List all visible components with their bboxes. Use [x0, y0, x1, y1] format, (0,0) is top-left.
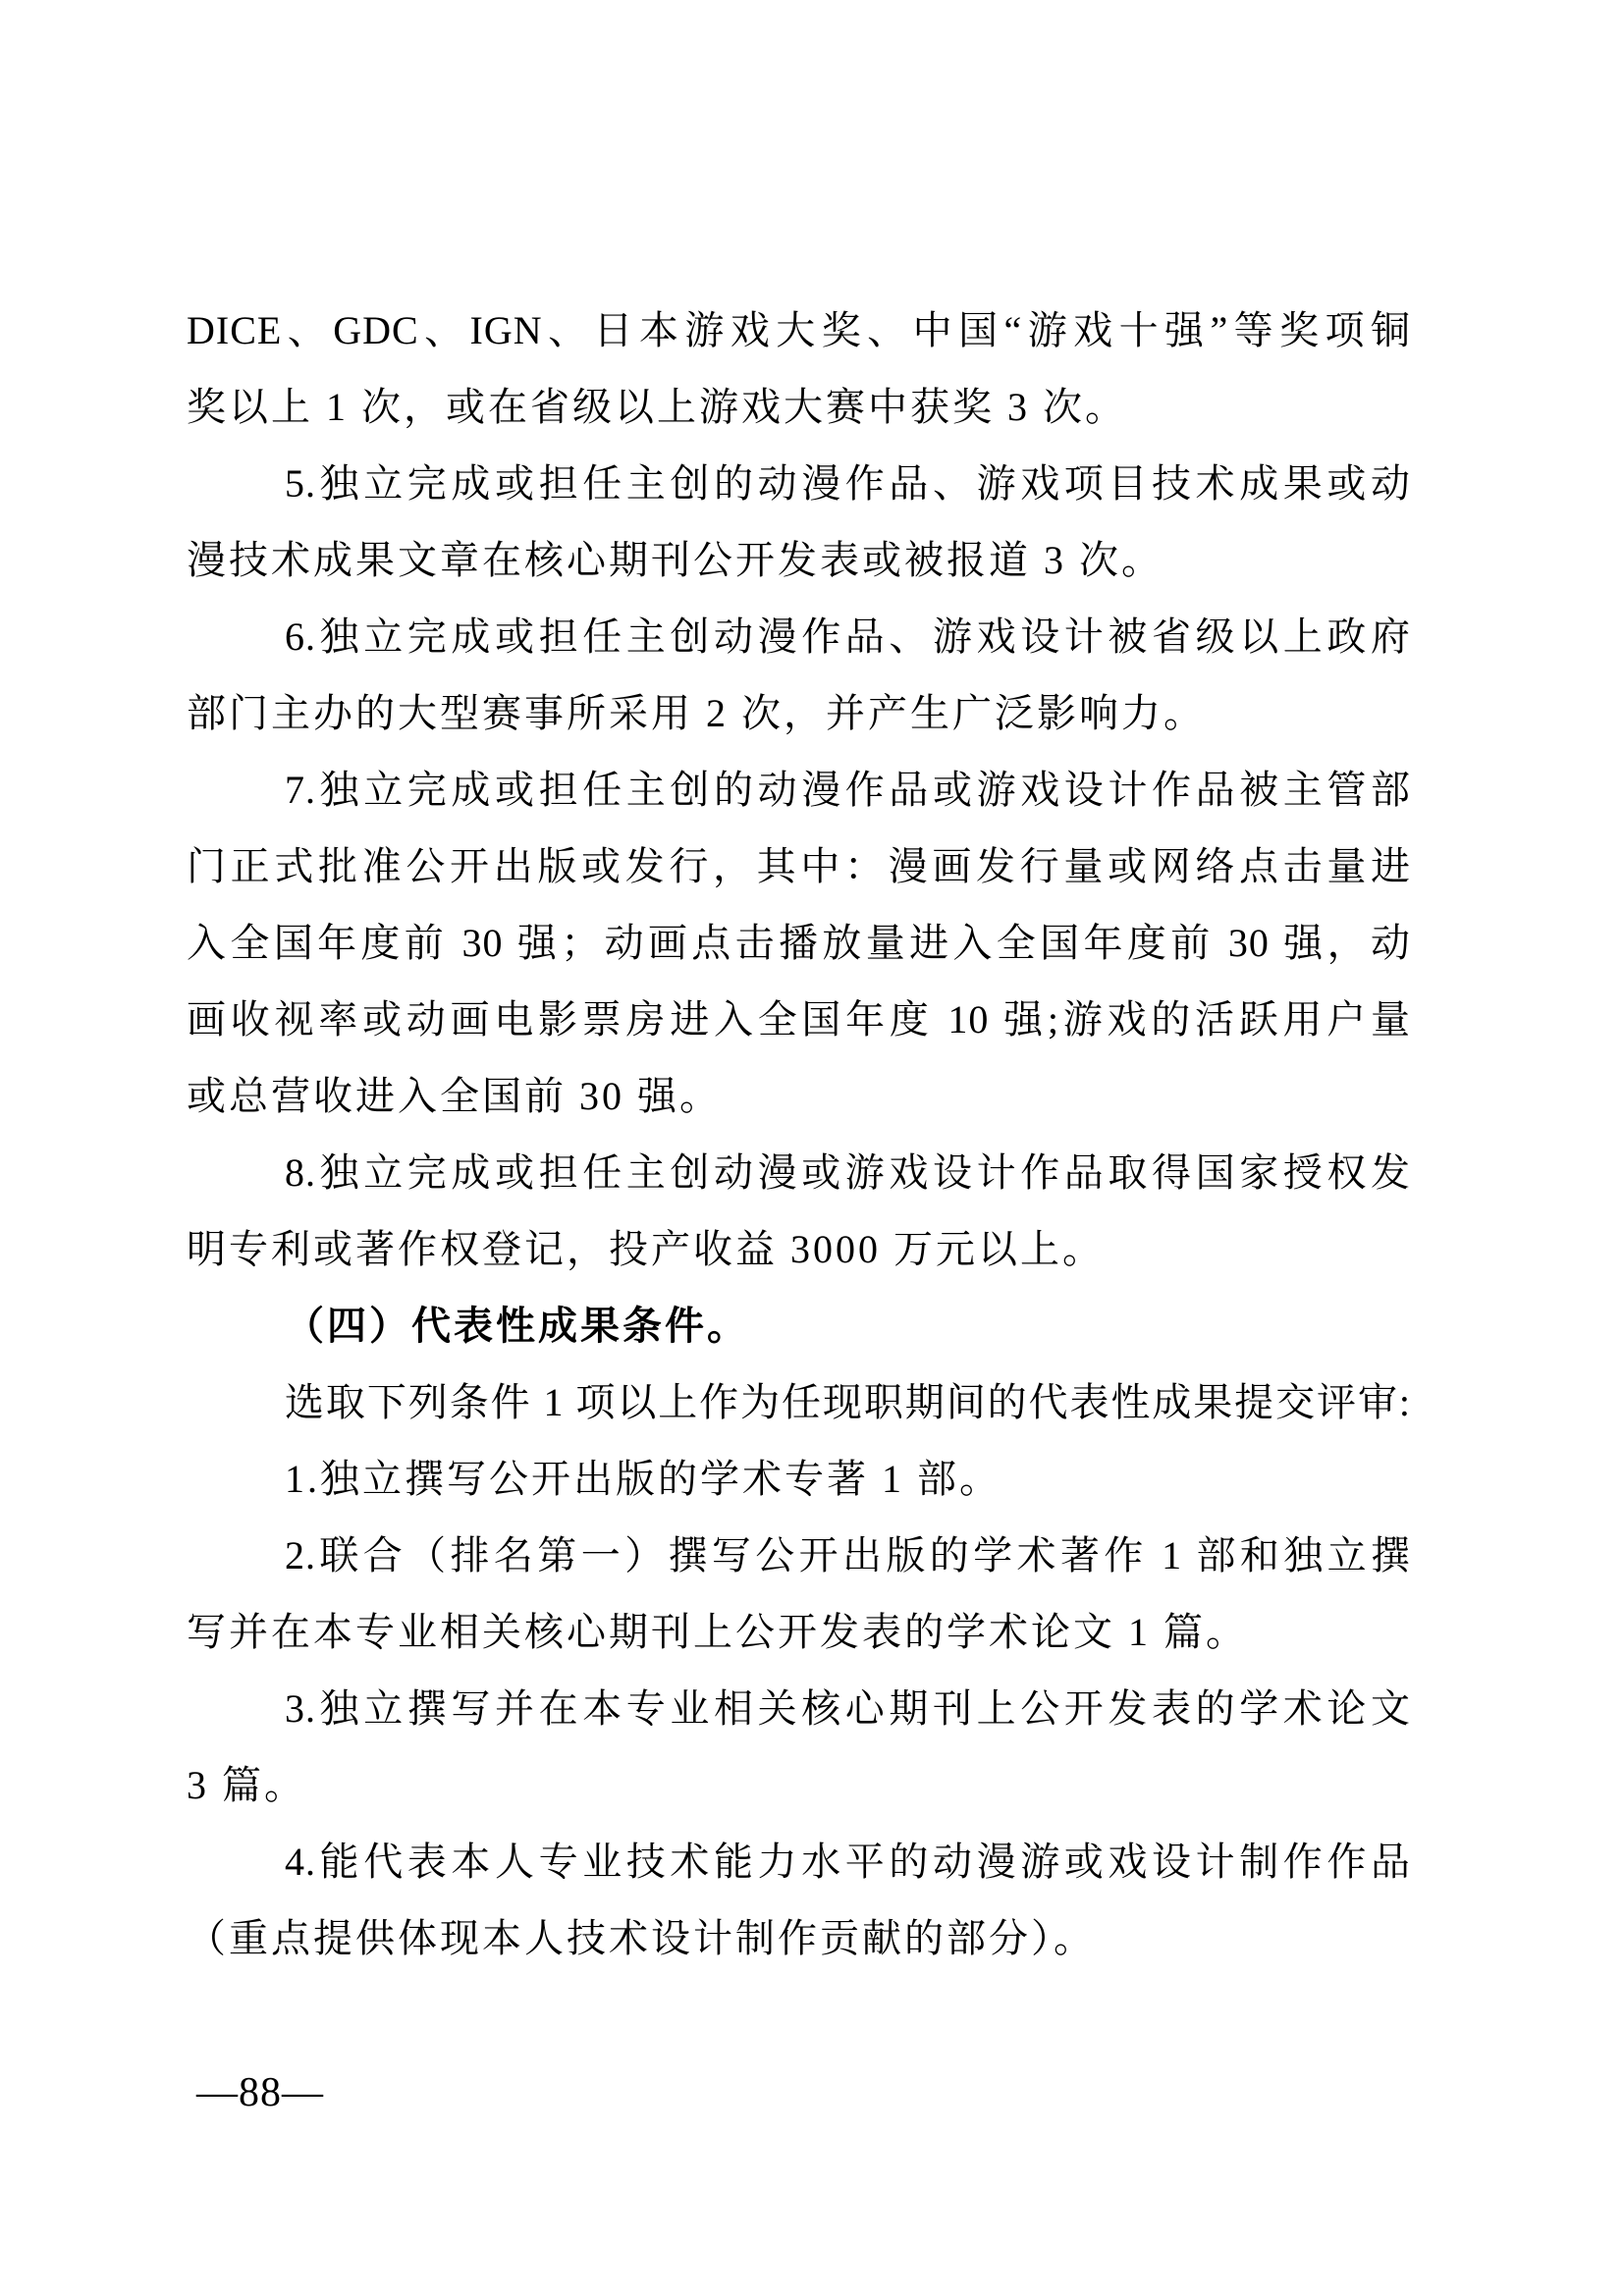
text-line: 画收视率或动画电影票房进入全国年度 10 强;游戏的活跃用户量: [187, 982, 1411, 1058]
text-line: 选取下列条件 1 项以上作为任现职期间的代表性成果提交评审:: [187, 1364, 1411, 1441]
para-awards-continuation: DICE、GDC、IGN、日本游戏大奖、中国“游戏十强”等奖项铜奖以上 1 次，…: [187, 293, 1411, 446]
para-item-5: 5.独立完成或担任主创的动漫作品、游戏项目技术成果或动漫技术成果文章在核心期刊公…: [187, 446, 1411, 599]
text-line: 门正式批准公开出版或发行，其中：漫画发行量或网络点击量进: [187, 828, 1411, 905]
text-line: 5.独立完成或担任主创的动漫作品、游戏项目技术成果或动: [187, 446, 1411, 522]
text-line: 3 篇。: [187, 1747, 1411, 1824]
text-line: 部门主办的大型赛事所采用 2 次，并产生广泛影响力。: [187, 675, 1411, 752]
text-line: 3.独立撰写并在本专业相关核心期刊上公开发表的学术论文: [187, 1671, 1411, 1747]
text-line: 奖以上 1 次，或在省级以上游戏大赛中获奖 3 次。: [187, 369, 1411, 446]
text-line: 6.独立完成或担任主创动漫作品、游戏设计被省级以上政府: [187, 599, 1411, 675]
para-item-8: 8.独立完成或担任主创动漫或游戏设计作品取得国家授权发明专利或著作权登记，投产收…: [187, 1135, 1411, 1288]
page-number: —88—: [196, 2065, 324, 2120]
document-page: { "document": { "background_color": "#ff…: [0, 0, 1623, 2296]
para-section-4-intro: 选取下列条件 1 项以上作为任现职期间的代表性成果提交评审:: [187, 1364, 1411, 1441]
text-line: DICE、GDC、IGN、日本游戏大奖、中国“游戏十强”等奖项铜: [187, 293, 1411, 369]
para-rep-item-2: 2.联合（排名第一）撰写公开出版的学术著作 1 部和独立撰写并在本专业相关核心期…: [187, 1518, 1411, 1671]
para-item-7: 7.独立完成或担任主创的动漫作品或游戏设计作品被主管部门正式批准公开出版或发行，…: [187, 752, 1411, 1135]
text-line: 2.联合（排名第一）撰写公开出版的学术著作 1 部和独立撰: [187, 1518, 1411, 1594]
para-section-4-heading: （四）代表性成果条件。: [187, 1288, 1411, 1364]
text-line: 8.独立完成或担任主创动漫或游戏设计作品取得国家授权发: [187, 1135, 1411, 1211]
para-rep-item-1: 1.独立撰写公开出版的学术专著 1 部。: [187, 1441, 1411, 1518]
text-line: 明专利或著作权登记，投产收益 3000 万元以上。: [187, 1211, 1411, 1288]
text-line: （四）代表性成果条件。: [187, 1288, 1411, 1364]
text-line: 入全国年度前 30 强；动画点击播放量进入全国年度前 30 强，动: [187, 905, 1411, 982]
text-line: 1.独立撰写公开出版的学术专著 1 部。: [187, 1441, 1411, 1518]
para-rep-item-3: 3.独立撰写并在本专业相关核心期刊上公开发表的学术论文3 篇。: [187, 1671, 1411, 1824]
para-item-6: 6.独立完成或担任主创动漫作品、游戏设计被省级以上政府部门主办的大型赛事所采用 …: [187, 599, 1411, 752]
text-block: DICE、GDC、IGN、日本游戏大奖、中国“游戏十强”等奖项铜奖以上 1 次，…: [187, 293, 1411, 1977]
text-line: 4.能代表本人专业技术能力水平的动漫游或戏设计制作作品: [187, 1824, 1411, 1900]
para-rep-item-4: 4.能代表本人专业技术能力水平的动漫游或戏设计制作作品（重点提供体现本人技术设计…: [187, 1824, 1411, 1977]
text-line: 漫技术成果文章在核心期刊公开发表或被报道 3 次。: [187, 522, 1411, 599]
text-line: 写并在本专业相关核心期刊上公开发表的学术论文 1 篇。: [187, 1594, 1411, 1671]
text-line: 或总营收进入全国前 30 强。: [187, 1058, 1411, 1135]
text-line: 7.独立完成或担任主创的动漫作品或游戏设计作品被主管部: [187, 752, 1411, 828]
text-line: （重点提供体现本人技术设计制作贡献的部分）。: [187, 1900, 1411, 1977]
